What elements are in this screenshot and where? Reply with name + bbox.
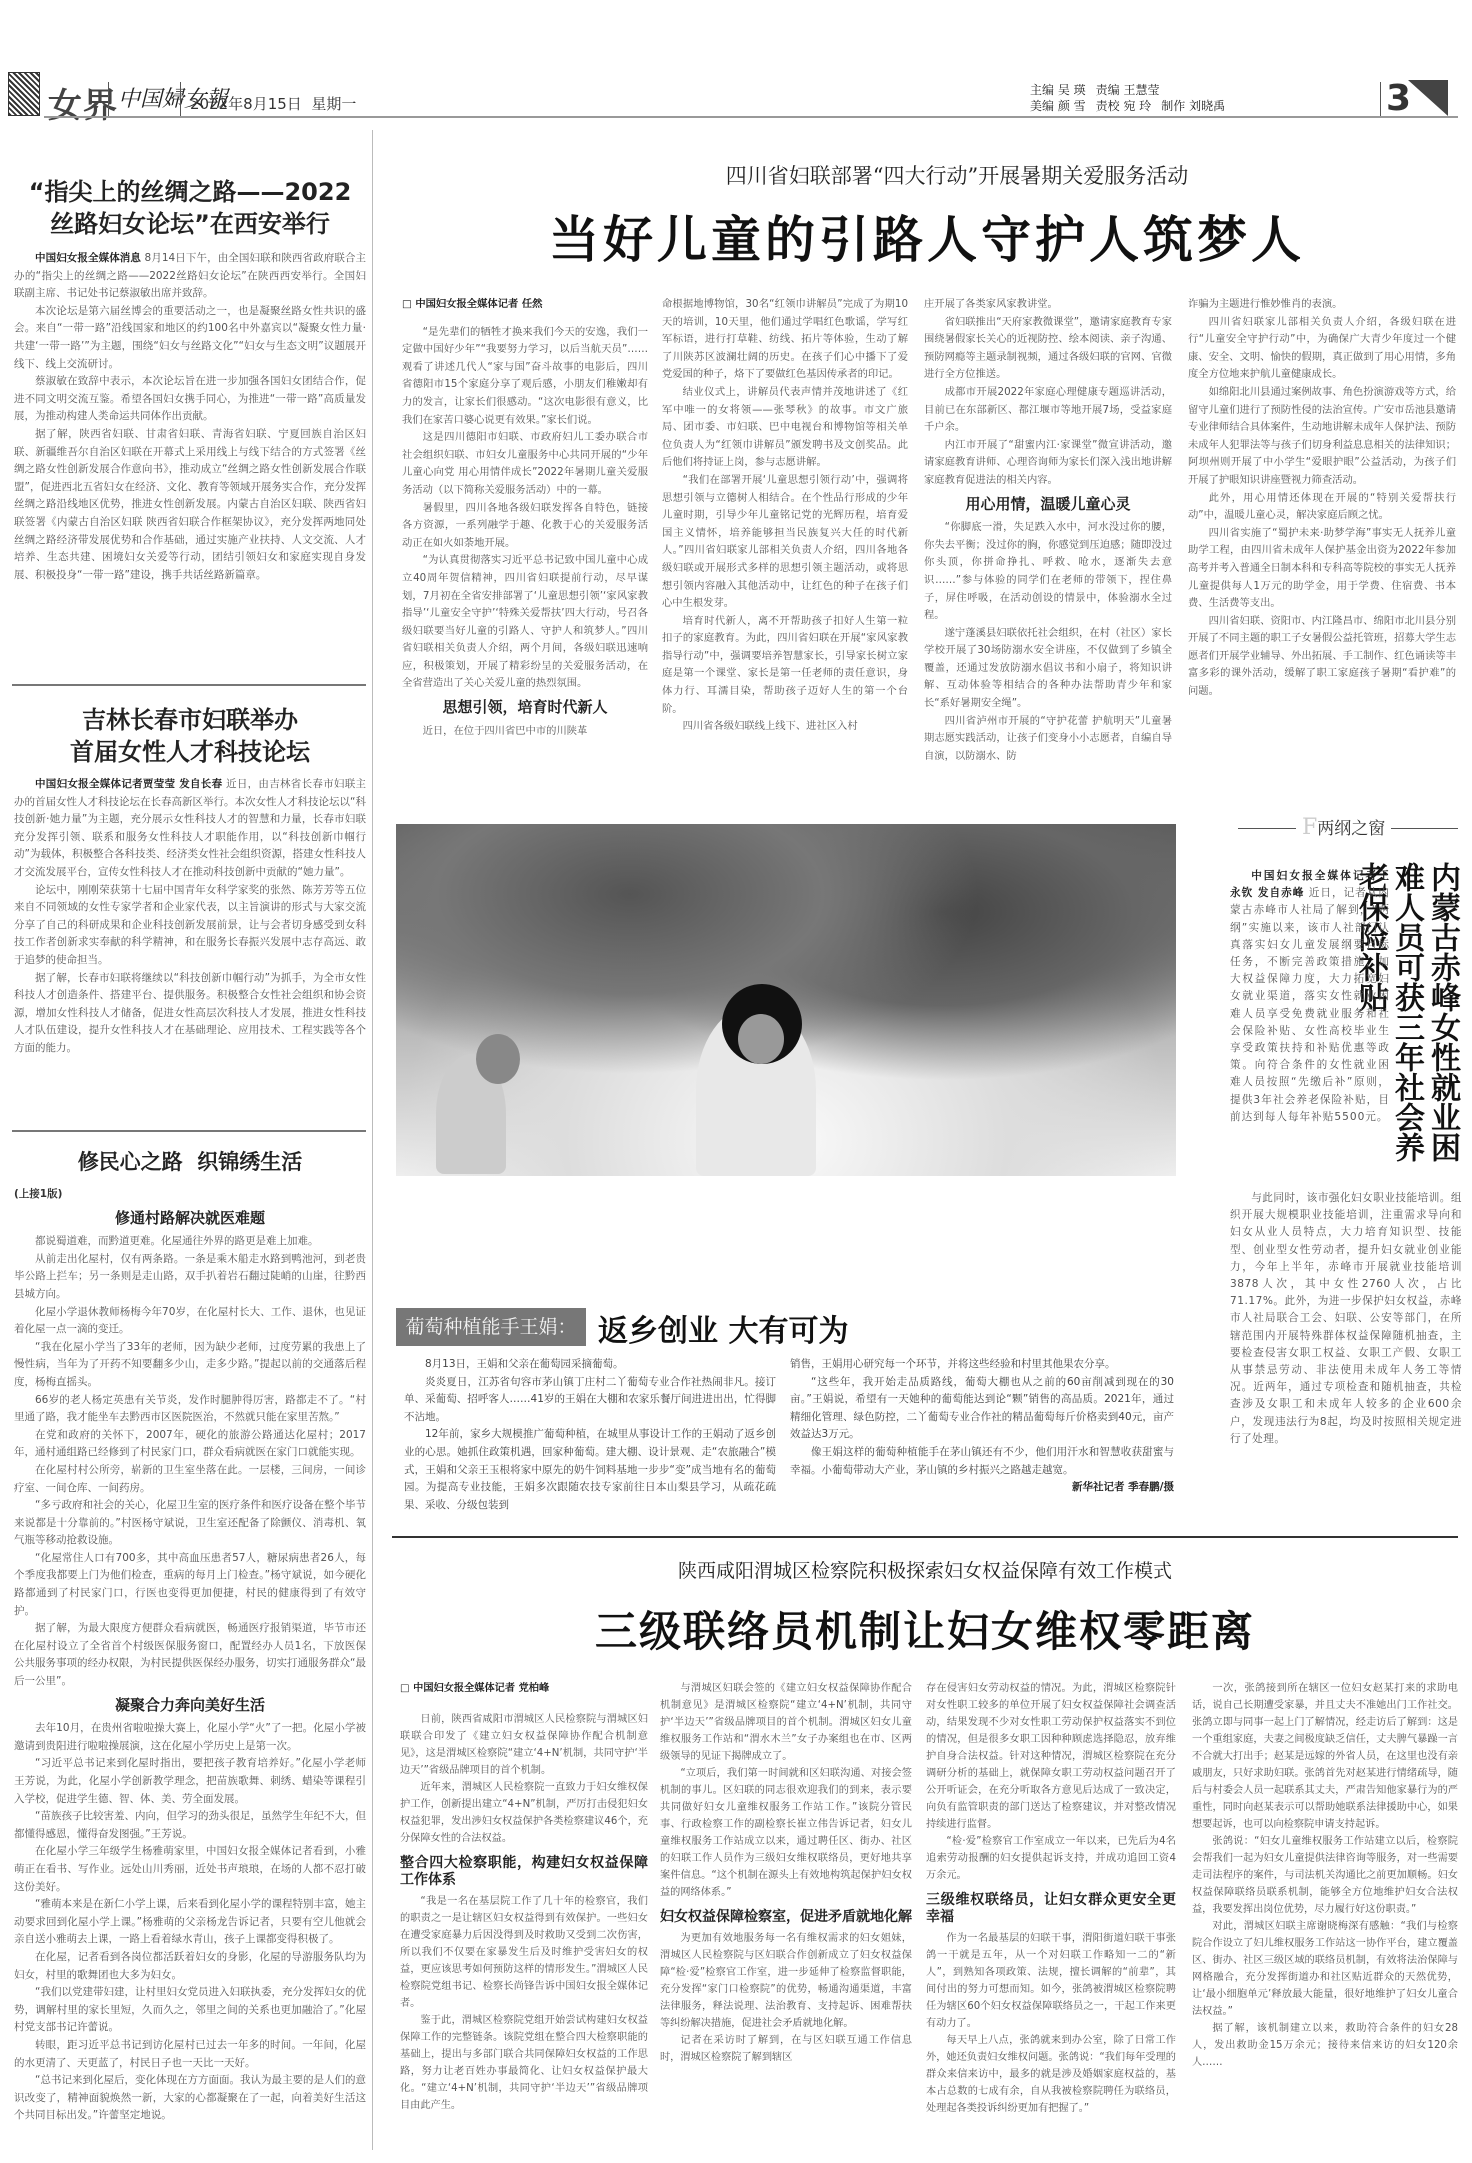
producer: 制作 刘晓禹 <box>1161 99 1225 113</box>
chifeng-vertical-title: 内蒙古赤峰女性就业困难人员可获三年社会养老保险补贴 <box>1396 862 1460 1172</box>
paragraph: “我是一名在基层院工作了几十年的检察官，我们的职责之一是让辖区妇女权益得到有效保… <box>400 1893 648 2012</box>
paragraph: “苗族孩子比较害羞、内向，但学习的劲头很足，虽然学生年纪不大，但都懂得感恩，懂得… <box>14 1808 366 1843</box>
paragraph: 张鸽说：“妇女儿童维权服务工作站建立以后，检察院会帮我们一起为妇女儿童提供法律咨… <box>1192 1833 1458 1918</box>
paragraph: “你脚底一滑，失足跌入水中，河水没过你的腰，你失去平衡；没过你的胸，你感觉到压迫… <box>924 519 1172 625</box>
grape-col-2: 销售，王娟用心研究每一个环节，并将这些经验和村里其他果农分享。 “这些年，我开始… <box>790 1356 1174 1497</box>
paragraph: 结业仪式上，讲解员代表声情并茂地讲述了《红军中唯一的女将领——张琴秋》的故事。市… <box>662 384 908 472</box>
date-text: 2022年8月15日 <box>190 95 302 113</box>
section-rule <box>12 684 366 686</box>
paragraph: 近日，由吉林省长春市妇联主办的首届女性人才科技论坛在长春高新区举行。本次女性人才… <box>14 778 366 878</box>
photo-head-father <box>476 1034 520 1084</box>
paragraph: 在化屋小学三年级学生杨雅萌家里，中国妇女报全媒体记者看到，小雅萌正在看书、写作业… <box>14 1843 366 1896</box>
article-road: 修民心之路 织锦绣生活 (上接1版) 修通村路解决就医难题 都说蜀道难，而黔道更… <box>14 1146 366 2125</box>
column-divider <box>372 130 373 2150</box>
subheading: 用心用情，温暖儿童心灵 <box>924 496 1172 514</box>
paragraph: 据了解，该机制建立以来，救助符合条件的妇女28人，发出救助金15万余元；接待来信… <box>1192 2020 1458 2071</box>
issue-date: 2022年8月15日 星期一 <box>190 93 356 114</box>
article-title: “指尖上的丝绸之路——2022丝路妇女论坛”在西安举行 <box>14 176 366 240</box>
paragraph: 都说蜀道难，而黔道更难。化屋通往外界的路更是难上加难。 <box>14 1233 366 1251</box>
paragraph: 此外，用心用情还体现在开展的“特别关爱帮扶行动”中，温暖儿童心灵，解决家庭后顾之… <box>1188 490 1456 525</box>
sichuan-col-4: 诈骗为主题进行惟妙惟肖的表演。 四川省妇联家儿部相关负责人介绍，各级妇联在进行“… <box>1188 296 1456 701</box>
article-title: 修民心之路 织锦绣生活 <box>14 1146 366 1176</box>
photo-credit: 新华社记者 季春鹏/摄 <box>790 1479 1174 1497</box>
paragraph: “检·爱”检察官工作室成立一年以来，已先后为4名追索劳动报酬的妇女提供起诉支持，… <box>926 1833 1176 1884</box>
photo-caption-title: 返乡创业 大有可为 <box>598 1306 848 1350</box>
paragraph: 作为一名最基层的妇联干事，渭阳街道妇联干事张鸽一干就是五年，从一个对妇联工作略知… <box>926 1930 1176 2032</box>
header-rule <box>44 116 1458 118</box>
paragraph: 省妇联推出“天府家教微课堂”，邀请家庭教育专家围绕暑假家长关心的近视防控、绘本阅… <box>924 314 1172 384</box>
paragraph: 存在侵害妇女劳动权益的情况。为此，渭城区检察院针对女性职工较多的单位开展了妇女权… <box>926 1680 1176 1833</box>
divider <box>1380 82 1381 116</box>
paragraph: 销售，王娟用心研究每一个环节，并将这些经验和村里其他果农分享。 <box>790 1356 1174 1374</box>
paragraph: 像王娟这样的葡萄种植能手在茅山镇还有不少，他们用汗水和智慧收获甜蜜与幸福。小葡萄… <box>790 1444 1174 1479</box>
paragraph: 成都市开展2022年家庭心理健康专题巡讲活动，目前已在东部新区、都江堰市等地开展… <box>924 384 1172 437</box>
paragraph: 本次论坛是第六届丝博会的重要活动之一，也是凝聚丝路女性共识的盛会。来自“一带一路… <box>14 303 366 373</box>
paragraph: “我们以党建带妇建，让村里妇女党员进入妇联执委，充分发挥妇女的优势，调解村里的家… <box>14 1984 366 2037</box>
responsible-editor: 责编 王慧莹 <box>1096 83 1160 97</box>
chief-editor: 主编 吴 瑛 <box>1030 83 1086 97</box>
section-rule <box>12 1130 366 1132</box>
weicheng-col-3: 存在侵害妇女劳动权益的情况。为此，渭城区检察院针对女性职工较多的单位开展了妇女权… <box>926 1680 1176 2117</box>
paragraph: 如绵阳北川县通过案例故事、角色扮演游戏等方式，给留守儿童们进行了预防性侵的法治宣… <box>1188 384 1456 490</box>
paragraph: 一次，张鸽接到所在辖区一位妇女赵某打来的求助电话，说自己长期遭受家暴，并且丈夫不… <box>1192 1680 1458 1833</box>
paragraph: 炎炎夏日，江苏省句容市茅山镇丁庄村二丫葡萄专业合作社热闹非凡。接订单、采葡萄、招… <box>404 1374 776 1427</box>
weicheng-col-4: 一次，张鸽接到所在辖区一位妇女赵某打来的求助电话，说自己长期遭受家暴，并且丈夫不… <box>1192 1680 1458 2071</box>
paragraph: 8月13日，王娟和父亲在葡萄园采摘葡萄。 <box>404 1356 776 1374</box>
weicheng-col-2: 与渭城区妇联会签的《建立妇女权益保障协作配合机制意见》是渭城区检察院“建立‘4+… <box>660 1680 912 2066</box>
divider <box>180 82 181 116</box>
paragraph: 与此同时，该市强化妇女职业技能培训。组织开展大规模职业技能培训，注重需求导向和妇… <box>1230 1190 1462 1448</box>
photo-face <box>738 1014 784 1064</box>
paragraph: 去年10月，在贵州省啦啦操大赛上，化屋小学“火”了一把。化屋小学被邀请到贵阳进行… <box>14 1720 366 1755</box>
chifeng-body: 中国妇女报全媒体记者王永钦 发自赤峰 近日，记者从内蒙古赤峰市人社局了解到，“两… <box>1230 868 1390 1126</box>
article-title: 吉林长春市妇联举办 首届女性人才科技论坛 <box>14 704 366 768</box>
paragraph: “我在化屋小学当了33年的老师，因为缺少老师，过度劳累的我患上了慢性病，当年为了… <box>14 1339 366 1392</box>
paragraph: “雅萌本来是在新仁小学上课，后来看到化屋小学的课程特别丰富，她主动要求回到化屋小… <box>14 1896 366 1949</box>
grape-col-1: 8月13日，王娟和父亲在葡萄园采摘葡萄。 炎炎夏日，江苏省句容市茅山镇丁庄村二丫… <box>404 1356 776 1514</box>
sichuan-col-2: 命根据地博物馆，30名“红领巾讲解员”完成了为期10天的培训，10天里，他们通过… <box>662 296 908 736</box>
paragraph: 培育时代新人，离不开帮助孩子扣好人生第一粒扣子的家庭教育。为此，四川省妇联在开展… <box>662 613 908 719</box>
subheading: 三级维权联络员，让妇女群众更安全更幸福 <box>926 1892 1176 1926</box>
subheading: 整合四大检察职能，构建妇女权益保障工作体系 <box>400 1855 648 1889</box>
paragraph: “总书记来到化屋后，变化体现在方方面面。我认为最主要的是人们的意识改变了，精神面… <box>14 2072 366 2125</box>
paragraph: 近日，记者从内蒙古赤峰市人社局了解到，“两纲”实施以来，该市人社部门认真落实妇女… <box>1230 887 1390 1123</box>
chifeng-body-2: 与此同时，该市强化妇女职业技能培训。组织开展大规模职业技能培训，注重需求导向和妇… <box>1230 1190 1462 1448</box>
photo-caption-label: 葡萄种植能手王娟： <box>396 1308 586 1346</box>
continued-note: (上接1版) <box>14 1186 366 1204</box>
paragraph: 日前，陕西省咸阳市渭城区人民检察院与渭城区妇联联合印发了《建立妇女权益保障协作配… <box>400 1711 648 1779</box>
paragraph: 四川省妇联家儿部相关负责人介绍，各级妇联在进行“儿童安全守护行动”中，为确保广大… <box>1188 314 1456 384</box>
paragraph: “多亏政府和社会的关心，化屋卫生室的医疗条件和医疗设备在整个毕节来说都是十分靠前… <box>14 1497 366 1550</box>
article-title: 当好儿童的引路人守护人筑梦人 <box>396 200 1458 272</box>
paragraph: 在化屋，记者看到各岗位都活跃着妇女的身影，化屋的导游服务队均为妇女，村里的歌舞团… <box>14 1949 366 1984</box>
paragraph: 12年前，家乡大规模推广葡萄种植，在城里从事设计工作的王娟动了返乡创业的心思。她… <box>404 1426 776 1514</box>
sichuan-col-3: 庄开展了各类家风家教讲堂。 省妇联推出“天府家教微课堂”，邀请家庭教育专家围绕暑… <box>924 296 1172 765</box>
paragraph: 66岁的老人杨定英患有关节炎，发作时腿肿得厉害，路都走不了。“村里通了路，我才能… <box>14 1392 366 1427</box>
subheading: 凝聚合力奔向美好生活 <box>14 1697 366 1715</box>
byline: 中国妇女报全媒体记者贾莹莹 发自长春 <box>35 778 222 790</box>
art-editor: 美编 颜 雪 <box>1030 99 1086 113</box>
article-kicker: 陕西咸阳渭城区检察院积极探索妇女权益保障有效工作模式 <box>392 1556 1458 1583</box>
article-kicker: 四川省妇联部署“四大行动”开展暑期关爱服务活动 <box>396 160 1458 190</box>
paragraph: 记者在采访时了解到，在与区妇联互通工作信息时，渭城区检察院了解到辖区 <box>660 2032 912 2066</box>
editor-credits: 主编 吴 瑛责编 王慧莹 美编 颜 雪责校 宛 玲制作 刘晓禹 <box>1030 82 1235 114</box>
paragraph: 化屋小学退休教师杨梅今年70岁，在化屋村长大、工作、退休，也见证着化屋一点一滴的… <box>14 1304 366 1339</box>
paragraph: 四川省妇联、资阳市、内江隆昌市、绵阳市北川县分别开展了不同主题的职工子女暑假公益… <box>1188 613 1456 701</box>
paragraph: 鉴于此，渭城区检察院党组开始尝试构建妇女权益保障工作的完整链条。该院党组在整合四… <box>400 2012 648 2114</box>
sichuan-col-1: □ 中国妇女报全媒体记者 任然 “是先辈们的牺牲才换来我们今天的安逸，我们一定做… <box>402 296 648 740</box>
grape-vineyard-photo <box>396 824 1176 1176</box>
paragraph: 四川省泸州市开展的“守护花蕾 护航明天”儿童暑期志愿实践活动，让孩子们变身小小志… <box>924 713 1172 766</box>
paragraph: 在化屋村村公所旁，崭新的卫生室坐落在此。一层楼，三间房，一间诊疗室、一间仓库、一… <box>14 1462 366 1497</box>
paragraph: 四川省实施了“蜀护未来·助梦学海”事实无人抚养儿童助学工程，由四川省未成年人保护… <box>1188 525 1456 613</box>
section-rule <box>392 1536 1458 1538</box>
byline: □ 中国妇女报全媒体记者 党柏峰 <box>400 1680 648 1697</box>
paragraph: 诈骗为主题进行惟妙惟肖的表演。 <box>1188 296 1456 314</box>
paragraph: 这是四川德阳市妇联、市政府妇儿工委办联合市社会组织妇联、市妇女儿童服务中心共同开… <box>402 429 648 499</box>
paragraph: 近年来，渭城区人民检察院一直致力于妇女维权保护工作，创新提出建立“4+N”机制，… <box>400 1779 648 1847</box>
paragraph: 每天早上八点，张鸽就来到办公室，除了日常工作外，她还负责妇女维权问题。张鸽说：“… <box>926 2032 1176 2117</box>
paragraph: 从前走出化屋村，仅有两条路。一条是乘木船走水路到鸭池河，到老贵毕公路上拦车；另一… <box>14 1251 366 1304</box>
title-line: 吉林长春市妇联举办 <box>14 704 366 736</box>
paragraph: 遂宁蓬溪县妇联依托社会组织，在村（社区）家长学校开展了30场防溺水安全讲座，不仅… <box>924 625 1172 713</box>
paragraph: “为认真贯彻落实习近平总书记致中国儿童中心成立40周年贺信精神，四川省妇联提前行… <box>402 552 648 693</box>
paragraph: 内江市开展了“甜蜜内江·家课堂”微宣讲活动，邀请家庭教育讲师、心理咨询师为家长们… <box>924 437 1172 490</box>
article-weicheng-header: 陕西咸阳渭城区检察院积极探索妇女权益保障有效工作模式 三级联络员机制让妇女维权零… <box>392 1556 1458 1659</box>
paragraph: “是先辈们的牺牲才换来我们今天的安逸，我们一定做中国好少年”“我要努力学习，以后… <box>402 324 648 430</box>
byline: 中国妇女报全媒体消息 <box>35 252 141 264</box>
paragraph: 近日，在位于四川省巴中市的川陕革 <box>402 723 648 741</box>
paragraph: 四川省各级妇联线上线下、进社区入村 <box>662 718 908 736</box>
paragraph: 为更加有效地服务每一名有维权需求的妇女姐妹，渭城区人民检察院与区妇联合作创新成立… <box>660 1930 912 2032</box>
weicheng-col-1: □ 中国妇女报全媒体记者 党柏峰 日前，陕西省咸阳市渭城区人民检察院与渭城区妇联… <box>400 1680 648 2114</box>
byline: □ 中国妇女报全媒体记者 任然 <box>402 296 648 314</box>
paragraph: 蔡淑敏在致辞中表示，本次论坛旨在进一步加强各国妇女团结合作，促进不同文明交流互鉴… <box>14 373 366 426</box>
weekday-text: 星期一 <box>311 95 356 113</box>
paragraph: 命根据地博物馆，30名“红领巾讲解员”完成了为期10天的培训，10天里，他们通过… <box>662 296 908 384</box>
title-line: 首届女性人才科技论坛 <box>14 736 366 768</box>
article-title: 三级联络员机制让妇女维权零距离 <box>392 1599 1458 1659</box>
article-sichuan-header: 四川省妇联部署“四大行动”开展暑期关爱服务活动 当好儿童的引路人守护人筑梦人 <box>396 160 1458 272</box>
paragraph: “这些年，我开始走品质路线，葡萄大棚也从之前的60亩削减到现在的30亩。”王娟说… <box>790 1374 1174 1444</box>
article-jilin: 吉林长春市妇联举办 首届女性人才科技论坛 中国妇女报全媒体记者贾莹莹 发自长春 … <box>14 704 366 1058</box>
paragraph: 据了解，陕西省妇联、甘肃省妇联、青海省妇联、宁夏回族自治区妇联、新疆维吾尔自治区… <box>14 426 366 584</box>
qr-code-icon <box>8 72 40 116</box>
divider <box>108 82 109 116</box>
subheading: 妇女权益保障检察室，促进矛盾就地化解 <box>660 1909 912 1926</box>
paragraph: 在党和政府的关怀下，2007年，硬化的旅游公路通达化屋村；2017年，通村通组路… <box>14 1427 366 1462</box>
column-label: F两纲之窗 <box>1296 814 1391 840</box>
page-corner-marker <box>1408 80 1448 116</box>
column-label-text: 两纲之窗 <box>1317 819 1385 839</box>
subheading: 思想引领，培育时代新人 <box>402 699 648 717</box>
article-silk-road: “指尖上的丝绸之路——2022丝路妇女论坛”在西安举行 中国妇女报全媒体消息 8… <box>14 176 366 584</box>
paragraph: 据了解，长春市妇联将继续以“科技创新巾帼行动”为抓手，为全市女性科技人才创造条件… <box>14 970 366 1058</box>
paragraph: 与渭城区妇联会签的《建立妇女权益保障协作配合机制意见》是渭城区检察院“建立‘4+… <box>660 1680 912 1765</box>
paragraph: “我们在部署开展‘儿童思想引领行动’中，强调将思想引领与立德树人相结合。在个性品… <box>662 472 908 613</box>
paragraph: 庄开展了各类家风家教讲堂。 <box>924 296 1172 314</box>
paragraph: “立项后，我们第一时间就和区妇联沟通、对接会签机制的事儿。区妇联的同志很欢迎我们… <box>660 1765 912 1901</box>
paragraph: 暑假里，四川各地各级妇联发挥各自特色，链接各方资源，一系列融学于趣、化教于心的关… <box>402 500 648 553</box>
paragraph: 论坛中，刚刚荣获第十七届中国青年女科学家奖的张然、陈芳芳等五位来自不同领域的女性… <box>14 882 366 970</box>
column-label-initial: F <box>1302 815 1317 840</box>
paragraph: 据了解，为最大限度方便群众看病就医，畅通医疗报销渠道，毕节市还在化屋村设立了全省… <box>14 1620 366 1690</box>
paragraph: 对此，渭城区妇联主席谢晓梅深有感触：“我们与检察院合作设立了妇儿维权服务工作站这… <box>1192 1918 1458 2020</box>
proofreader: 责校 宛 玲 <box>1096 99 1152 113</box>
subheading: 修通村路解决就医难题 <box>14 1210 366 1228</box>
paragraph: “习近平总书记来到化屋时指出，要把孩子教育培养好。”化屋小学老师王芳说，为此，化… <box>14 1755 366 1808</box>
paragraph: 转眼，距习近平总书记到访化屋村已过去一年多的时间。一年间，化屋的水更清了、天更蓝… <box>14 2037 366 2072</box>
paragraph: “化屋常住人口有700多，其中高血压患者57人，糖尿病患者26人，每个季度我都要… <box>14 1550 366 1620</box>
